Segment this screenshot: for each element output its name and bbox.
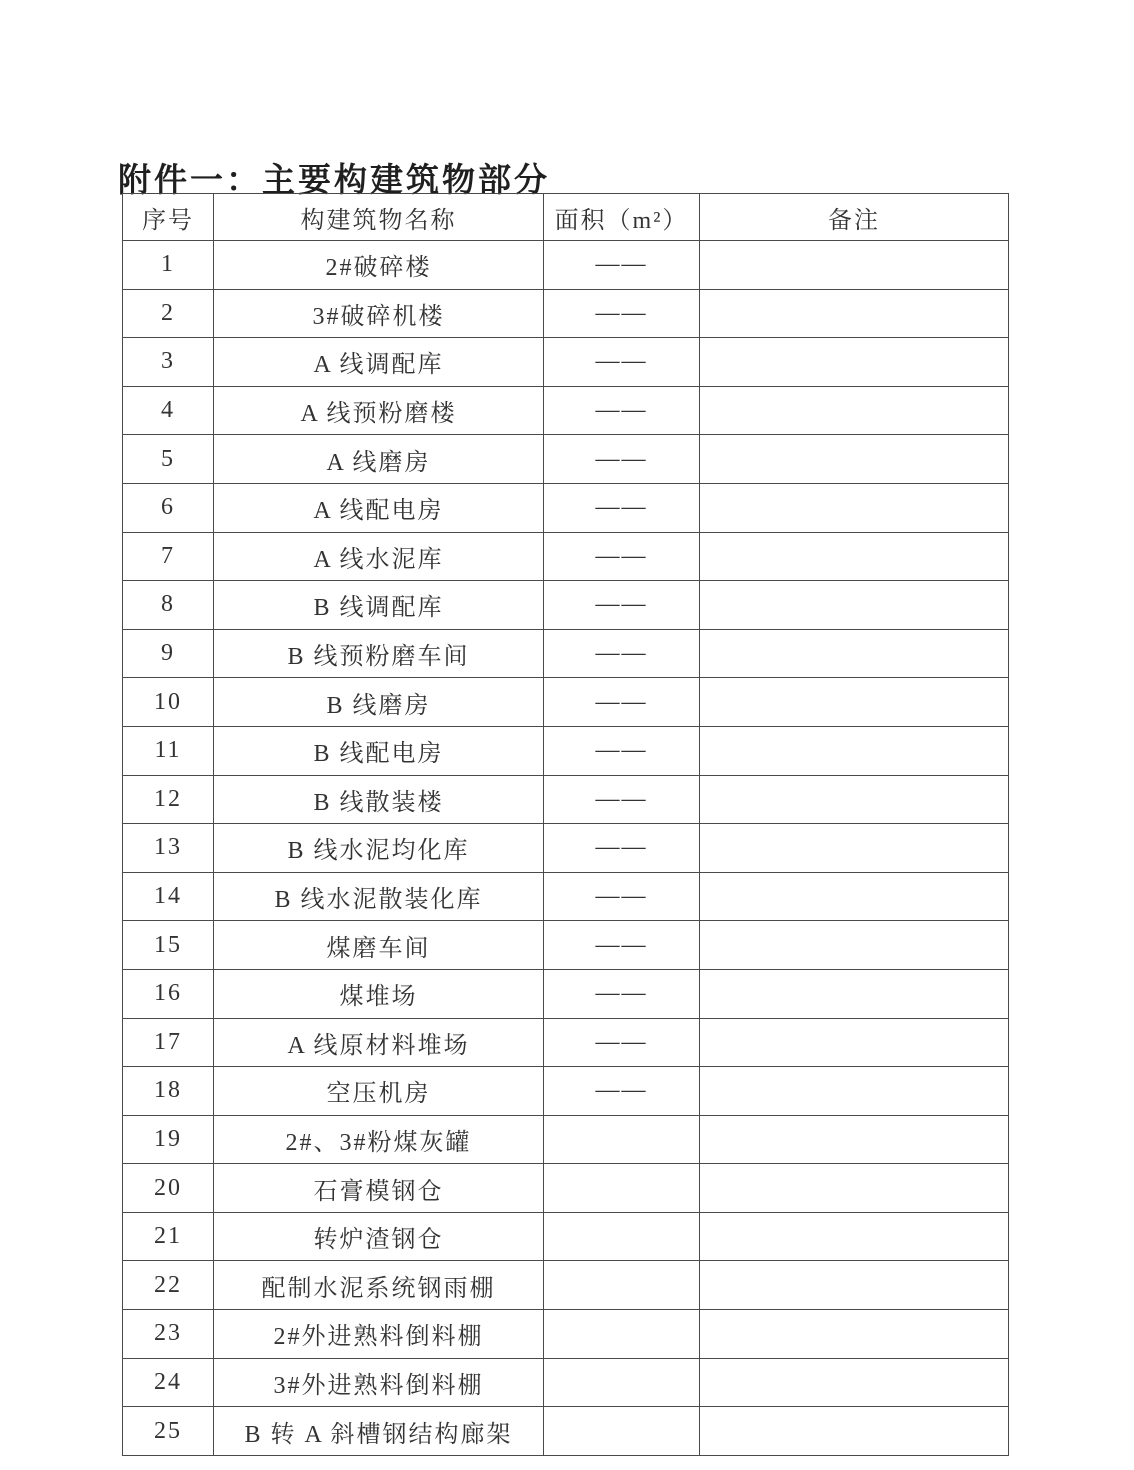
cell-structure-name: 空压机房 [214, 1067, 544, 1116]
cell-remark [700, 775, 1009, 824]
cell-area: —— [544, 629, 700, 678]
table-row: 24 3#外进熟料倒料棚 [123, 1358, 1009, 1407]
cell-structure-name: A 线水泥库 [214, 532, 544, 581]
header-remark: 备注 [700, 194, 1009, 241]
table-row: 14 B 线水泥散装化库 —— [123, 872, 1009, 921]
cell-serial-number: 17 [123, 1018, 214, 1067]
table-row: 13 B 线水泥均化库 —— [123, 824, 1009, 873]
cell-area: —— [544, 1067, 700, 1116]
cell-remark [700, 1310, 1009, 1359]
cell-remark [700, 1018, 1009, 1067]
cell-area [544, 1407, 700, 1456]
cell-structure-name: A 线预粉磨楼 [214, 386, 544, 435]
cell-remark [700, 386, 1009, 435]
cell-structure-name: A 线配电房 [214, 483, 544, 532]
cell-serial-number: 1 [123, 241, 214, 290]
cell-remark [700, 532, 1009, 581]
cell-area [544, 1261, 700, 1310]
cell-serial-number: 24 [123, 1358, 214, 1407]
cell-structure-name: 石膏模钢仓 [214, 1164, 544, 1213]
cell-area [544, 1164, 700, 1213]
cell-structure-name: B 线配电房 [214, 726, 544, 775]
cell-serial-number: 19 [123, 1115, 214, 1164]
cell-area [544, 1358, 700, 1407]
cell-area: —— [544, 726, 700, 775]
table-row: 10 B 线磨房 —— [123, 678, 1009, 727]
cell-serial-number: 16 [123, 969, 214, 1018]
cell-remark [700, 1115, 1009, 1164]
cell-remark [700, 969, 1009, 1018]
cell-area: —— [544, 1018, 700, 1067]
cell-structure-name: A 线磨房 [214, 435, 544, 484]
cell-remark [700, 824, 1009, 873]
cell-area: —— [544, 678, 700, 727]
cell-serial-number: 20 [123, 1164, 214, 1213]
cell-structure-name: 煤磨车间 [214, 921, 544, 970]
cell-structure-name: B 线水泥散装化库 [214, 872, 544, 921]
cell-area: —— [544, 289, 700, 338]
table-row: 1 2#破碎楼 —— [123, 241, 1009, 290]
table-row: 2 3#破碎机楼 —— [123, 289, 1009, 338]
cell-area: —— [544, 241, 700, 290]
cell-serial-number: 14 [123, 872, 214, 921]
cell-area: —— [544, 483, 700, 532]
cell-remark [700, 629, 1009, 678]
cell-remark [700, 289, 1009, 338]
table-row: 8 B 线调配库 —— [123, 581, 1009, 630]
cell-serial-number: 13 [123, 824, 214, 873]
table-row: 17 A 线原材料堆场 —— [123, 1018, 1009, 1067]
cell-remark [700, 921, 1009, 970]
cell-serial-number: 9 [123, 629, 214, 678]
cell-serial-number: 3 [123, 338, 214, 387]
cell-area [544, 1115, 700, 1164]
cell-remark [700, 435, 1009, 484]
cell-remark [700, 872, 1009, 921]
cell-structure-name: B 线水泥均化库 [214, 824, 544, 873]
table-row: 3 A 线调配库 —— [123, 338, 1009, 387]
cell-remark [700, 726, 1009, 775]
cell-area: —— [544, 532, 700, 581]
table-body: 1 2#破碎楼 —— 2 3#破碎机楼 —— 3 A 线调配库 —— 4 A 线… [123, 241, 1009, 1456]
cell-serial-number: 12 [123, 775, 214, 824]
cell-structure-name: 3#破碎机楼 [214, 289, 544, 338]
header-structure-name: 构建筑物名称 [214, 194, 544, 241]
cell-structure-name: 转炉渣钢仓 [214, 1212, 544, 1261]
table-row: 16 煤堆场 —— [123, 969, 1009, 1018]
table-row: 4 A 线预粉磨楼 —— [123, 386, 1009, 435]
table-row: 20 石膏模钢仓 [123, 1164, 1009, 1213]
cell-serial-number: 5 [123, 435, 214, 484]
header-area: 面积（m²） [544, 194, 700, 241]
cell-area: —— [544, 435, 700, 484]
cell-serial-number: 18 [123, 1067, 214, 1116]
table-row: 25 B 转 A 斜槽钢结构廊架 [123, 1407, 1009, 1456]
table-row: 9 B 线预粉磨车间 —— [123, 629, 1009, 678]
cell-area: —— [544, 581, 700, 630]
cell-structure-name: B 线散装楼 [214, 775, 544, 824]
cell-serial-number: 11 [123, 726, 214, 775]
buildings-table: 序号 构建筑物名称 面积（m²） 备注 1 2#破碎楼 —— 2 3#破碎机楼 … [122, 193, 1009, 1456]
table-row: 19 2#、3#粉煤灰罐 [123, 1115, 1009, 1164]
cell-remark [700, 338, 1009, 387]
cell-structure-name: 配制水泥系统钢雨棚 [214, 1261, 544, 1310]
cell-structure-name: A 线原材料堆场 [214, 1018, 544, 1067]
cell-serial-number: 21 [123, 1212, 214, 1261]
table-row: 22 配制水泥系统钢雨棚 [123, 1261, 1009, 1310]
table-row: 21 转炉渣钢仓 [123, 1212, 1009, 1261]
cell-serial-number: 8 [123, 581, 214, 630]
table-header-row: 序号 构建筑物名称 面积（m²） 备注 [123, 194, 1009, 241]
cell-structure-name: 2#、3#粉煤灰罐 [214, 1115, 544, 1164]
cell-area: —— [544, 969, 700, 1018]
table-row: 23 2#外进熟料倒料棚 [123, 1310, 1009, 1359]
cell-serial-number: 22 [123, 1261, 214, 1310]
cell-remark [700, 1358, 1009, 1407]
header-serial-number: 序号 [123, 194, 214, 241]
table-row: 6 A 线配电房 —— [123, 483, 1009, 532]
cell-serial-number: 4 [123, 386, 214, 435]
cell-remark [700, 678, 1009, 727]
table-row: 7 A 线水泥库 —— [123, 532, 1009, 581]
cell-structure-name: B 线调配库 [214, 581, 544, 630]
cell-structure-name: B 线预粉磨车间 [214, 629, 544, 678]
cell-structure-name: 2#破碎楼 [214, 241, 544, 290]
cell-area: —— [544, 824, 700, 873]
cell-remark [700, 241, 1009, 290]
cell-remark [700, 483, 1009, 532]
cell-area [544, 1212, 700, 1261]
cell-area: —— [544, 386, 700, 435]
cell-remark [700, 581, 1009, 630]
cell-structure-name: 3#外进熟料倒料棚 [214, 1358, 544, 1407]
cell-area: —— [544, 872, 700, 921]
cell-structure-name: B 线磨房 [214, 678, 544, 727]
cell-structure-name: A 线调配库 [214, 338, 544, 387]
cell-structure-name: 煤堆场 [214, 969, 544, 1018]
cell-serial-number: 7 [123, 532, 214, 581]
table-header: 序号 构建筑物名称 面积（m²） 备注 [123, 194, 1009, 241]
cell-structure-name: 2#外进熟料倒料棚 [214, 1310, 544, 1359]
cell-area: —— [544, 338, 700, 387]
table-row: 11 B 线配电房 —— [123, 726, 1009, 775]
cell-remark [700, 1164, 1009, 1213]
table-row: 12 B 线散装楼 —— [123, 775, 1009, 824]
cell-serial-number: 10 [123, 678, 214, 727]
cell-serial-number: 25 [123, 1407, 214, 1456]
cell-serial-number: 6 [123, 483, 214, 532]
table-row: 5 A 线磨房 —— [123, 435, 1009, 484]
cell-remark [700, 1212, 1009, 1261]
cell-area: —— [544, 775, 700, 824]
cell-remark [700, 1067, 1009, 1116]
cell-remark [700, 1261, 1009, 1310]
cell-serial-number: 23 [123, 1310, 214, 1359]
cell-area [544, 1310, 700, 1359]
cell-remark [700, 1407, 1009, 1456]
cell-structure-name: B 转 A 斜槽钢结构廊架 [214, 1407, 544, 1456]
cell-serial-number: 2 [123, 289, 214, 338]
cell-serial-number: 15 [123, 921, 214, 970]
cell-area: —— [544, 921, 700, 970]
table-row: 18 空压机房 —— [123, 1067, 1009, 1116]
table-row: 15 煤磨车间 —— [123, 921, 1009, 970]
